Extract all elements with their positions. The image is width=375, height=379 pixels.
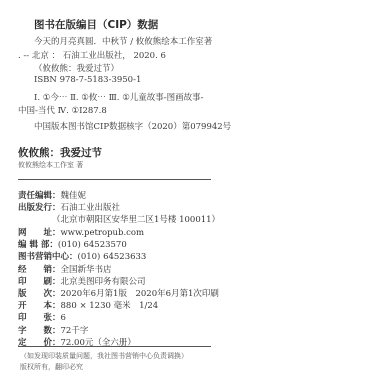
cip-line-classification-2: 中国-当代 Ⅳ. ①I287.8 bbox=[18, 104, 107, 116]
colophon-editorial-office: 编 辑 部：(010) 64523570 bbox=[18, 238, 127, 250]
colophon-sheets: 印 张：6 bbox=[18, 311, 66, 323]
colophon-label: 编 辑 部： bbox=[18, 238, 58, 250]
colophon-word-count: 字 数：72千字 bbox=[18, 324, 88, 336]
cip-line-classification-1: Ⅰ. ①今⋯ Ⅱ. ①攸⋯ Ⅲ. ①儿童故事-图画故事- bbox=[34, 91, 204, 103]
colophon-label: 出版发行： bbox=[18, 201, 61, 213]
colophon-value: 北京美图印务有限公司 bbox=[61, 277, 146, 287]
colophon-editor: 责任编辑：魏佳妮 bbox=[18, 189, 86, 201]
colophon-label: 印 张： bbox=[18, 311, 61, 323]
colophon-label: 责任编辑： bbox=[18, 189, 61, 201]
colophon-label: 版 次： bbox=[18, 287, 61, 299]
colophon-value: (010) 64523633 bbox=[78, 252, 147, 262]
colophon-marketing-center: 图书营销中心：(010) 64523633 bbox=[18, 250, 146, 262]
cip-heading: 图书在版编目（CIP）数据 bbox=[34, 17, 158, 32]
divider-top bbox=[18, 179, 211, 180]
colophon-value: 魏佳妮 bbox=[61, 191, 87, 201]
colophon-publisher: 出版发行：石油工业出版社 bbox=[18, 201, 120, 213]
divider-bottom bbox=[18, 346, 211, 347]
series-author: 攸攸熊绘本工作室 著 bbox=[18, 160, 83, 170]
colophon-value: 石油工业出版社 bbox=[61, 203, 121, 213]
colophon-value: 6 bbox=[61, 313, 66, 323]
colophon-distributor: 经 销：全国新华书店 bbox=[18, 263, 112, 275]
colophon-address: （北京市朝阳区安华里二区1号楼 100011） bbox=[52, 213, 220, 225]
quality-notice: （如发现印装质量问题，我社图书营销中心负责调换） bbox=[20, 351, 188, 361]
series-title: 攸攸熊：我爱过节 bbox=[18, 145, 102, 160]
colophon-value: （北京市朝阳区安华里二区1号楼 100011） bbox=[52, 215, 220, 225]
colophon-website: 网 址：www.petropub.com bbox=[18, 226, 144, 238]
cip-line-isbn: ISBN 978-7-5183-3950-1 bbox=[34, 75, 141, 85]
copyright-notice: 版权所有，翻印必究 bbox=[20, 362, 83, 372]
colophon-value: 全国新华书店 bbox=[61, 265, 112, 275]
colophon-edition: 版 次：2020年6月第1版 2020年6月第1次印刷 bbox=[18, 287, 219, 299]
colophon-value: 72千字 bbox=[61, 326, 89, 336]
colophon-printer: 印 刷：北京美图印务有限公司 bbox=[18, 275, 146, 287]
colophon-label: 网 址： bbox=[18, 226, 61, 238]
colophon-value: 880 × 1230 毫米 1/24 bbox=[61, 301, 159, 311]
colophon-label: 经 销： bbox=[18, 263, 61, 275]
cip-line-record-number: 中国版本图书馆CIP数据核字（2020）第079942号 bbox=[34, 120, 231, 132]
colophon-label: 图书营销中心： bbox=[18, 250, 78, 262]
colophon-format: 开 本：880 × 1230 毫米 1/24 bbox=[18, 299, 158, 311]
colophon-label: 开 本： bbox=[18, 299, 61, 311]
cip-line-publisher: . -- 北京 ： 石油工业出版社， 2020. 6 bbox=[18, 49, 166, 61]
colophon-value: (010) 64523570 bbox=[58, 240, 127, 250]
colophon-value: 2020年6月第1版 2020年6月第1次印刷 bbox=[61, 289, 219, 299]
cip-line-series: （攸攸熊：我爱过节） bbox=[34, 62, 119, 74]
cip-line-title: 今天的月亮真圆．中秋节 / 攸攸熊绘本工作室著 bbox=[34, 35, 212, 47]
colophon-label: 印 刷： bbox=[18, 275, 61, 287]
colophon-label: 字 数： bbox=[18, 324, 61, 336]
colophon-value[interactable]: www.petropub.com bbox=[61, 228, 145, 238]
